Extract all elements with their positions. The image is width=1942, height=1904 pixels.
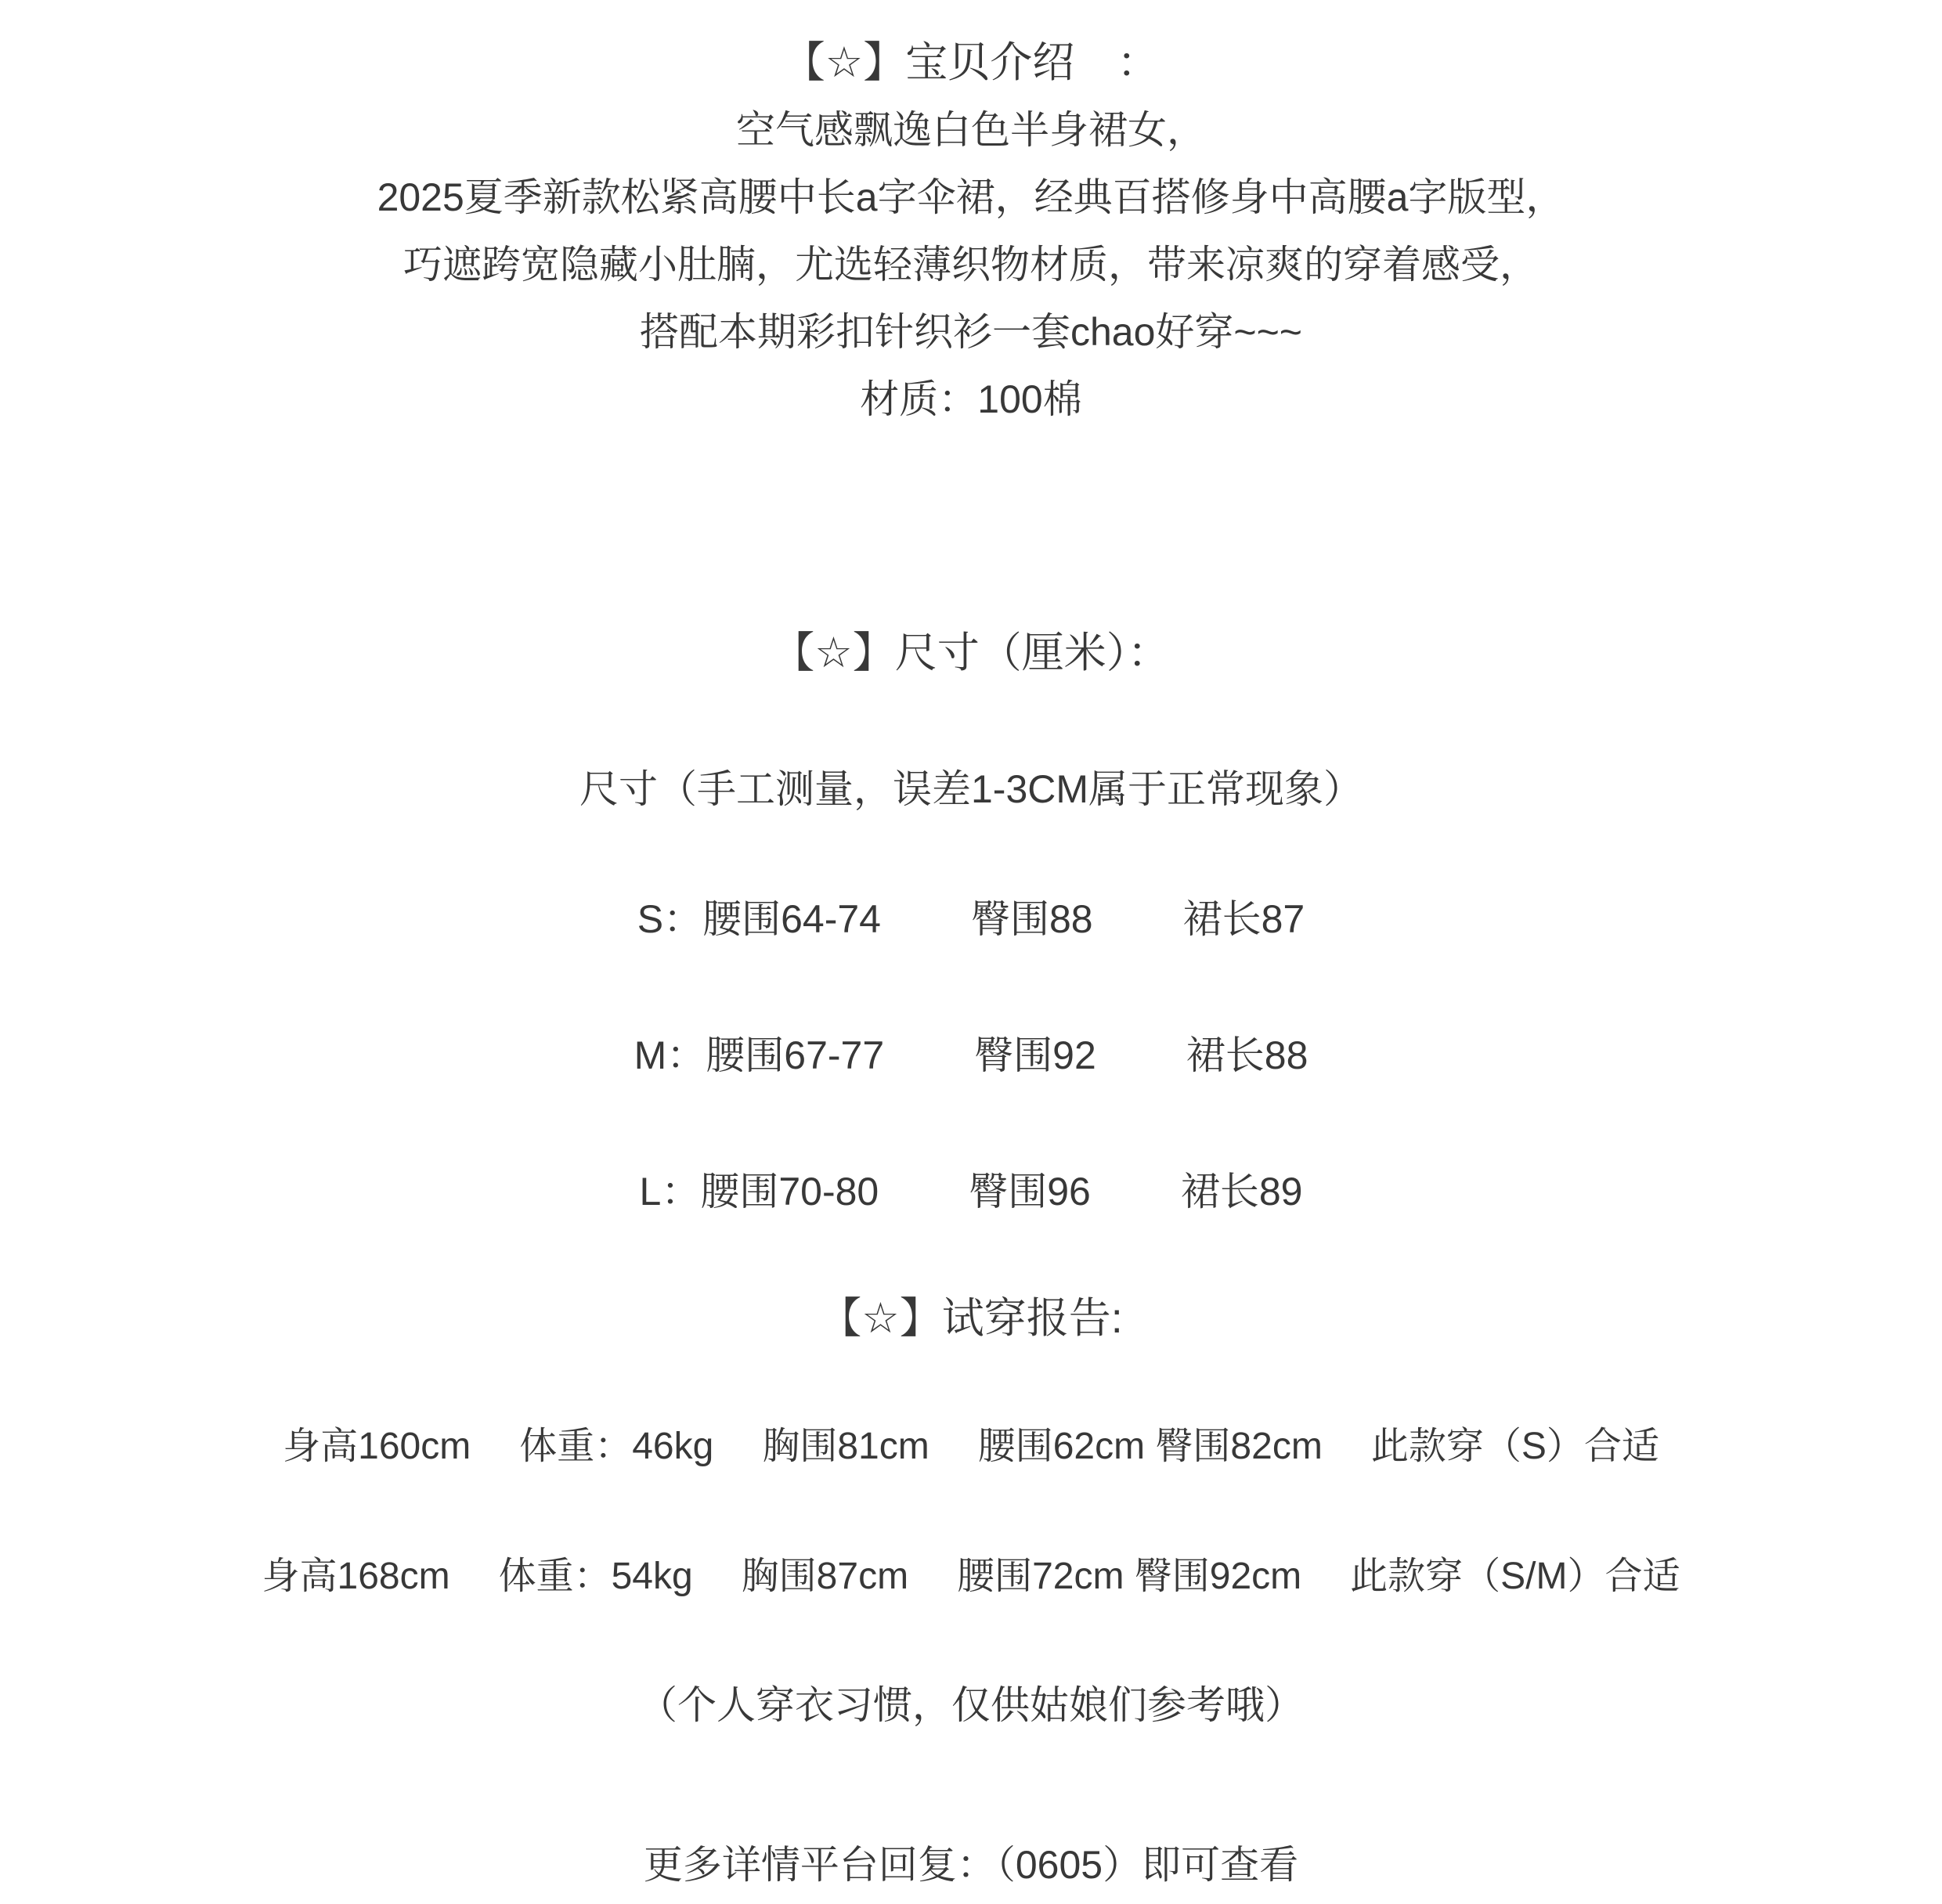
fit-verdict: 此款穿（S/M）合适 [1350, 1543, 1680, 1610]
size-hip: 臀围92 [974, 1022, 1096, 1089]
fit-waist-hip: 腰围72cm 臀围92cm [957, 1543, 1301, 1610]
size-row-m: M：腰围67-77 臀围92 裙长88 [0, 1022, 1942, 1089]
fit-height: 身高160cm [283, 1413, 471, 1480]
intro-heading: 【☆】宝贝介绍 ： [0, 29, 1942, 96]
size-length: 裙长89 [1181, 1158, 1303, 1225]
product-description-page: 【☆】宝贝介绍 ： 空气感飘逸白色半身裙女， 2025夏季新款松紧高腰中长a字伞… [0, 0, 1942, 1904]
intro-line: 2025夏季新款松紧高腰中长a字伞裙，经典百搭修身中高腰a字版型， [0, 164, 1942, 231]
sizes-heading: 【☆】尺寸（厘米）： [0, 619, 1942, 687]
size-main: M：腰围67-77 [634, 1022, 885, 1089]
material-line: 材质：100棉 [0, 366, 1942, 433]
size-row-s: S：腰围64-74 臀围88 裙长87 [0, 885, 1942, 953]
fit-bust: 胸围87cm [742, 1543, 908, 1610]
fit-height: 身高168cm [262, 1543, 450, 1610]
size-main: L：腰围70-80 [640, 1158, 879, 1225]
fit-report-heading: 【☆】试穿报告: [0, 1285, 1942, 1352]
size-length: 裙长87 [1183, 885, 1305, 953]
fit-report-section: 【☆】试穿报告: 身高160cm 体重：46kg 胸围81cm 腰围62cm 臀… [0, 1285, 1942, 1899]
intro-line: 巧遮跨宽隐藏小肚腩，尤选轻薄织物材质，带来凉爽的穿着感受， [0, 231, 1942, 298]
more-info-line: 更多详情平台回复：（0605）即可查看 [0, 1831, 1942, 1899]
size-main: S：腰围64-74 [637, 885, 881, 953]
size-hip: 臀围96 [969, 1158, 1091, 1225]
fit-weight: 体重：46kg [519, 1413, 713, 1480]
fit-waist-hip: 腰围62cm 臀围82cm [978, 1413, 1323, 1480]
intro-section: 【☆】宝贝介绍 ： 空气感飘逸白色半身裙女， 2025夏季新款松紧高腰中长a字伞… [0, 0, 1942, 433]
size-hip: 臀围88 [971, 885, 1093, 953]
fit-report-row: 身高160cm 体重：46kg 胸围81cm 腰围62cm 臀围82cm 此款穿… [0, 1413, 1942, 1480]
sizes-section: 【☆】尺寸（厘米）： 尺寸（手工测量，误差1-3CM属于正常现象） S：腰围64… [0, 619, 1942, 1225]
intro-line: 空气感飘逸白色半身裙女， [0, 96, 1942, 164]
sizes-note: 尺寸（手工测量，误差1-3CM属于正常现象） [0, 755, 1942, 823]
fit-weight: 体重：54kg [499, 1543, 693, 1610]
intro-line: 搭配本期彩扣针织衫一套chao好穿~~~ [0, 298, 1942, 366]
fit-note: （个人穿衣习惯，仅供姑娘们参考哦） [0, 1671, 1942, 1739]
fit-report-row: 身高168cm 体重：54kg 胸围87cm 腰围72cm 臀围92cm 此款穿… [0, 1543, 1942, 1610]
fit-bust: 胸围81cm [762, 1413, 929, 1480]
size-row-l: L：腰围70-80 臀围96 裙长89 [0, 1158, 1942, 1225]
fit-verdict: 此款穿（S）合适 [1371, 1413, 1659, 1480]
size-length: 裙长88 [1186, 1022, 1309, 1089]
